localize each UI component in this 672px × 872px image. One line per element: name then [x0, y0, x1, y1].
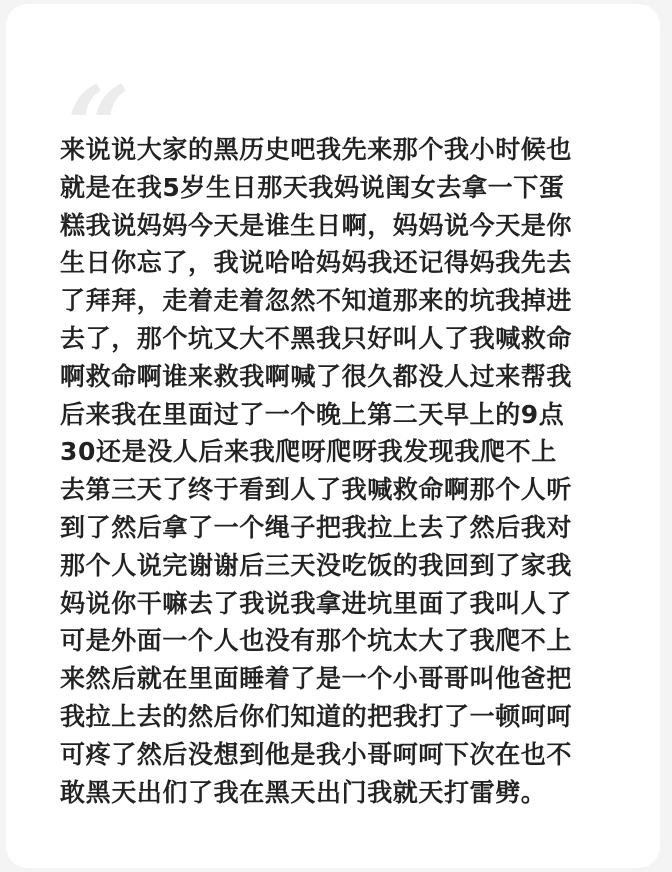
text-line: 后来我在里面过了一个晚上第二天早上的9点: [60, 396, 630, 434]
text-line: 妈说你干嘛去了我说我拿进坑里面了我叫人了: [60, 585, 630, 623]
text-line: 了拜拜，走着走着忽然不知道那来的坑我掉进: [60, 282, 630, 320]
text-line: 来说说大家的黑历史吧我先来那个我小时候也: [60, 131, 630, 169]
text-line: 可疼了然后没想到他是我小哥呵呵下次在也不: [60, 736, 630, 774]
post-card: “ 来说说大家的黑历史吧我先来那个我小时候也 就是在我5岁生日那天我妈说闺女去拿…: [6, 4, 660, 868]
text-line: 30还是没人后来我爬呀爬呀我发现我爬不上: [60, 433, 630, 471]
text-line: 来然后就在里面睡着了是一个小哥哥叫他爸把: [60, 660, 630, 698]
text-line: 到了然后拿了一个绳子把我拉上去了然后我对: [60, 509, 630, 547]
text-line: 糕我说妈妈今天是谁生日啊，妈妈说今天是你: [60, 207, 630, 245]
text-line: 我拉上去的然后你们知道的把我打了一顿呵呵: [60, 698, 630, 736]
text-line: 可是外面一个人也没有那个坑太大了我爬不上: [60, 622, 630, 660]
text-line: 就是在我5岁生日那天我妈说闺女去拿一下蛋: [60, 169, 630, 207]
post-body-text: 来说说大家的黑历史吧我先来那个我小时候也 就是在我5岁生日那天我妈说闺女去拿一下…: [60, 131, 630, 811]
text-line: 生日你忘了，我说哈哈妈妈我还记得妈我先去: [60, 244, 630, 282]
text-line: 去了，那个坑又大不黑我只好叫人了我喊救命: [60, 320, 630, 358]
text-line: 啊救命啊谁来救我啊喊了很久都没人过来帮我: [60, 358, 630, 396]
text-line: 敢黑天出们了我在黑天出门我就天打雷劈。: [60, 774, 630, 812]
text-line: 那个人说完谢谢后三天没吃饭的我回到了家我: [60, 547, 630, 585]
text-line: 去第三天了终于看到人了我喊救命啊那个人听: [60, 471, 630, 509]
